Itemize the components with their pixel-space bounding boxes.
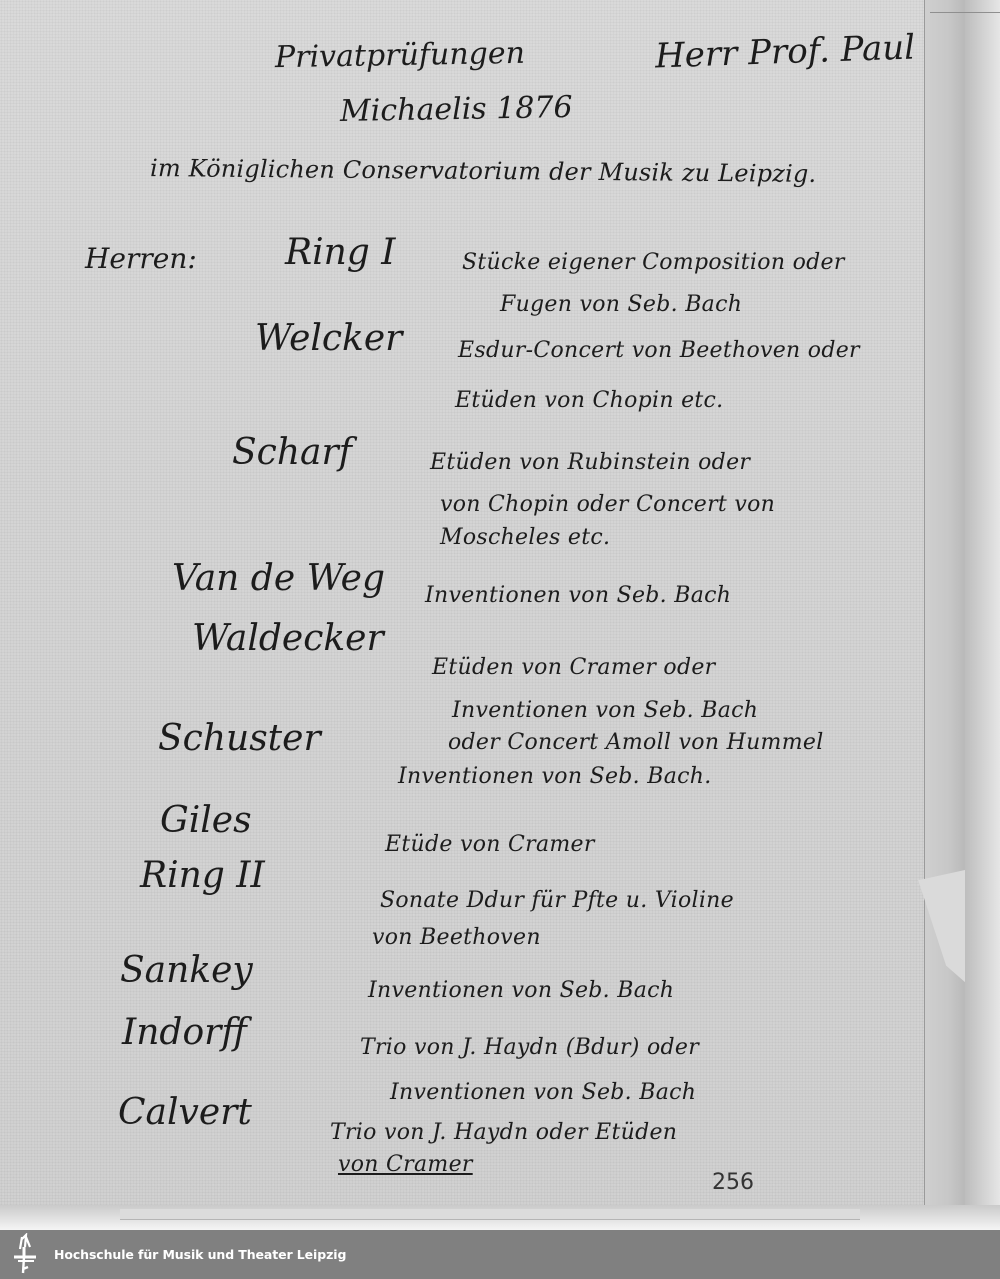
document-title: Privatprüfungen [275, 36, 525, 75]
hmt-logo-icon[interactable] [8, 1233, 42, 1277]
student-name: Ring I [285, 232, 396, 273]
exam-piece: oder Concert Amoll von Hummel [448, 730, 824, 755]
binding-edge [965, 0, 1000, 1205]
student-name: Waldecker [192, 618, 384, 659]
exam-piece: Esdur-Concert von Beethoven oder [458, 338, 860, 363]
document-location: im Königlichen Conservatorium der Musik … [150, 154, 817, 188]
exam-piece: Moscheles etc. [440, 525, 610, 550]
document-scan: Privatprüfungen Michaelis 1876 Herr Prof… [0, 0, 1000, 1230]
exam-piece: Trio von J. Haydn (Bdur) oder [360, 1035, 699, 1060]
exam-piece: Etüde von Cramer [385, 832, 595, 857]
exam-piece: Fugen von Seb. Bach [500, 292, 742, 317]
page-top-border [930, 0, 1000, 13]
exam-piece: Etüden von Rubinstein oder [430, 450, 750, 475]
salutation: Herren: [85, 242, 197, 275]
exam-piece: von Chopin oder Concert von [440, 492, 775, 517]
student-name: Ring II [140, 855, 265, 896]
exam-piece: Etüden von Cramer oder [432, 655, 716, 680]
examiner-name: Herr Prof. Paul [654, 27, 915, 76]
student-name: Scharf [232, 432, 352, 473]
page-edge [924, 0, 965, 1205]
exam-piece: Inventionen von Seb. Bach [452, 698, 758, 723]
institution-footer: Hochschule für Musik und Theater Leipzig [0, 1230, 1000, 1279]
exam-piece: von Beethoven [372, 925, 541, 950]
manuscript-page: Privatprüfungen Michaelis 1876 Herr Prof… [0, 0, 965, 1205]
exam-piece: Trio von J. Haydn oder Etüden [330, 1120, 677, 1145]
student-name: Calvert [118, 1092, 252, 1133]
page-number: 256 [712, 1170, 754, 1195]
exam-piece: Stücke eigener Composition oder [462, 250, 845, 275]
student-name: Welcker [255, 318, 402, 359]
exam-piece: Etüden von Chopin etc. [455, 388, 723, 413]
exam-piece: Inventionen von Seb. Bach [425, 583, 731, 608]
exam-piece: Inventionen von Seb. Bach [390, 1080, 696, 1105]
paper-slip [120, 1209, 860, 1220]
exam-piece: Inventionen von Seb. Bach. [398, 764, 712, 789]
institution-name[interactable]: Hochschule für Musik und Theater Leipzig [54, 1247, 346, 1262]
exam-piece: von Cramer [338, 1152, 473, 1177]
student-name: Schuster [158, 718, 321, 759]
page-bottom-shadow [0, 1205, 1000, 1230]
exam-piece: Inventionen von Seb. Bach [368, 978, 674, 1003]
student-name: Van de Weg [172, 558, 385, 599]
exam-piece: Sonate Ddur für Pfte u. Violine [380, 888, 734, 913]
student-name: Sankey [120, 950, 253, 991]
document-term: Michaelis 1876 [340, 90, 573, 129]
student-name: Indorff [122, 1012, 247, 1053]
student-name: Giles [160, 800, 252, 841]
